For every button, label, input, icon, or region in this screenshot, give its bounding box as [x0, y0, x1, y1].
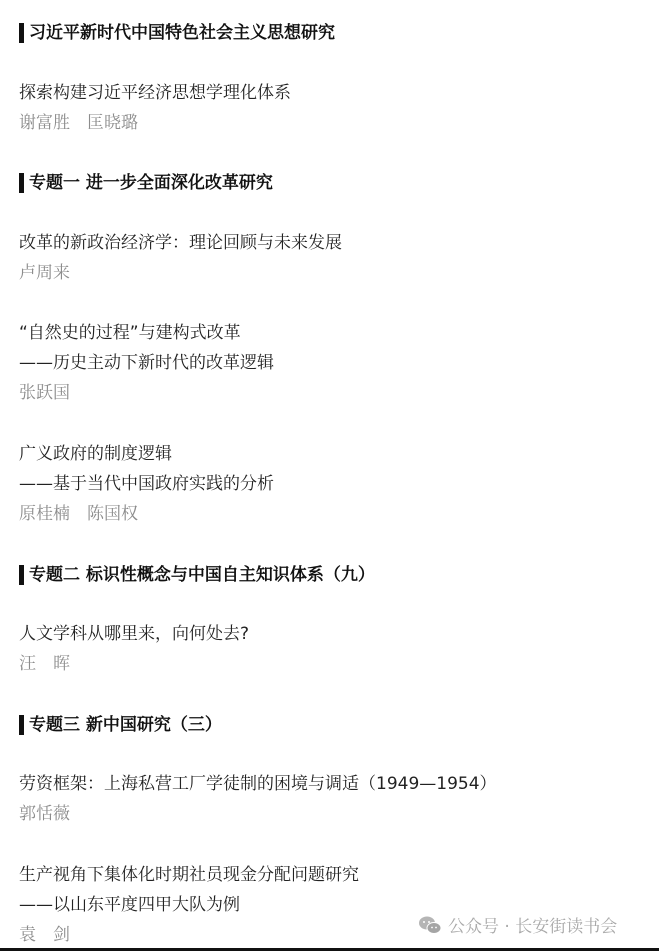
article-title[interactable]: 广义政府的制度逻辑 — [19, 443, 172, 465]
heading-bar — [19, 23, 24, 43]
section-heading: 专题三 新中国研究（三） — [19, 714, 222, 736]
article-authors: 谢富胜 匡晓璐 — [19, 112, 138, 134]
section-heading-text: 专题二 标识性概念与中国自主知识体系（九） — [29, 564, 375, 586]
article-title[interactable]: 劳资框架：上海私营工厂学徒制的困境与调适（1949—1954） — [19, 773, 497, 795]
section-heading-text: 专题一 进一步全面深化改革研究 — [29, 172, 273, 194]
wechat-icon — [418, 915, 442, 935]
heading-bar — [19, 715, 24, 735]
article-title[interactable]: 人文学科从哪里来，向何处去? — [19, 623, 249, 645]
watermark-text: 公众号 · 长安街读书会 — [448, 912, 617, 937]
article-authors: 卢周来 — [19, 262, 70, 284]
section-heading: 专题二 标识性概念与中国自主知识体系（九） — [19, 564, 375, 586]
article-title[interactable]: “自然史的过程”与建构式改革 — [19, 322, 241, 344]
section-heading: 习近平新时代中国特色社会主义思想研究 — [19, 22, 335, 44]
article-subtitle[interactable]: ——历史主动下新时代的改革逻辑 — [19, 352, 274, 374]
article-title[interactable]: 生产视角下集体化时期社员现金分配问题研究 — [19, 864, 359, 886]
watermark: 公众号 · 长安街读书会 — [418, 912, 617, 937]
article-authors: 郭恬薇 — [19, 803, 70, 825]
table-of-contents: 习近平新时代中国特色社会主义思想研究 探索构建习近平经济思想学理化体系 谢富胜 … — [0, 0, 659, 951]
heading-bar — [19, 173, 24, 193]
article-authors: 汪 晖 — [19, 653, 70, 675]
article-title[interactable]: 改革的新政治经济学：理论回顾与未来发展 — [19, 232, 342, 254]
article-authors: 袁 剑 — [19, 924, 70, 946]
section-heading-text: 习近平新时代中国特色社会主义思想研究 — [29, 22, 335, 44]
article-authors: 张跃国 — [19, 382, 70, 404]
article-title[interactable]: 探索构建习近平经济思想学理化体系 — [19, 82, 291, 104]
section-heading: 专题一 进一步全面深化改革研究 — [19, 172, 273, 194]
article-subtitle[interactable]: ——基于当代中国政府实践的分析 — [19, 473, 274, 495]
section-heading-text: 专题三 新中国研究（三） — [29, 714, 222, 736]
article-subtitle[interactable]: ——以山东平度四甲大队为例 — [19, 894, 240, 916]
article-authors: 原桂楠 陈国权 — [19, 503, 138, 525]
heading-bar — [19, 565, 24, 585]
